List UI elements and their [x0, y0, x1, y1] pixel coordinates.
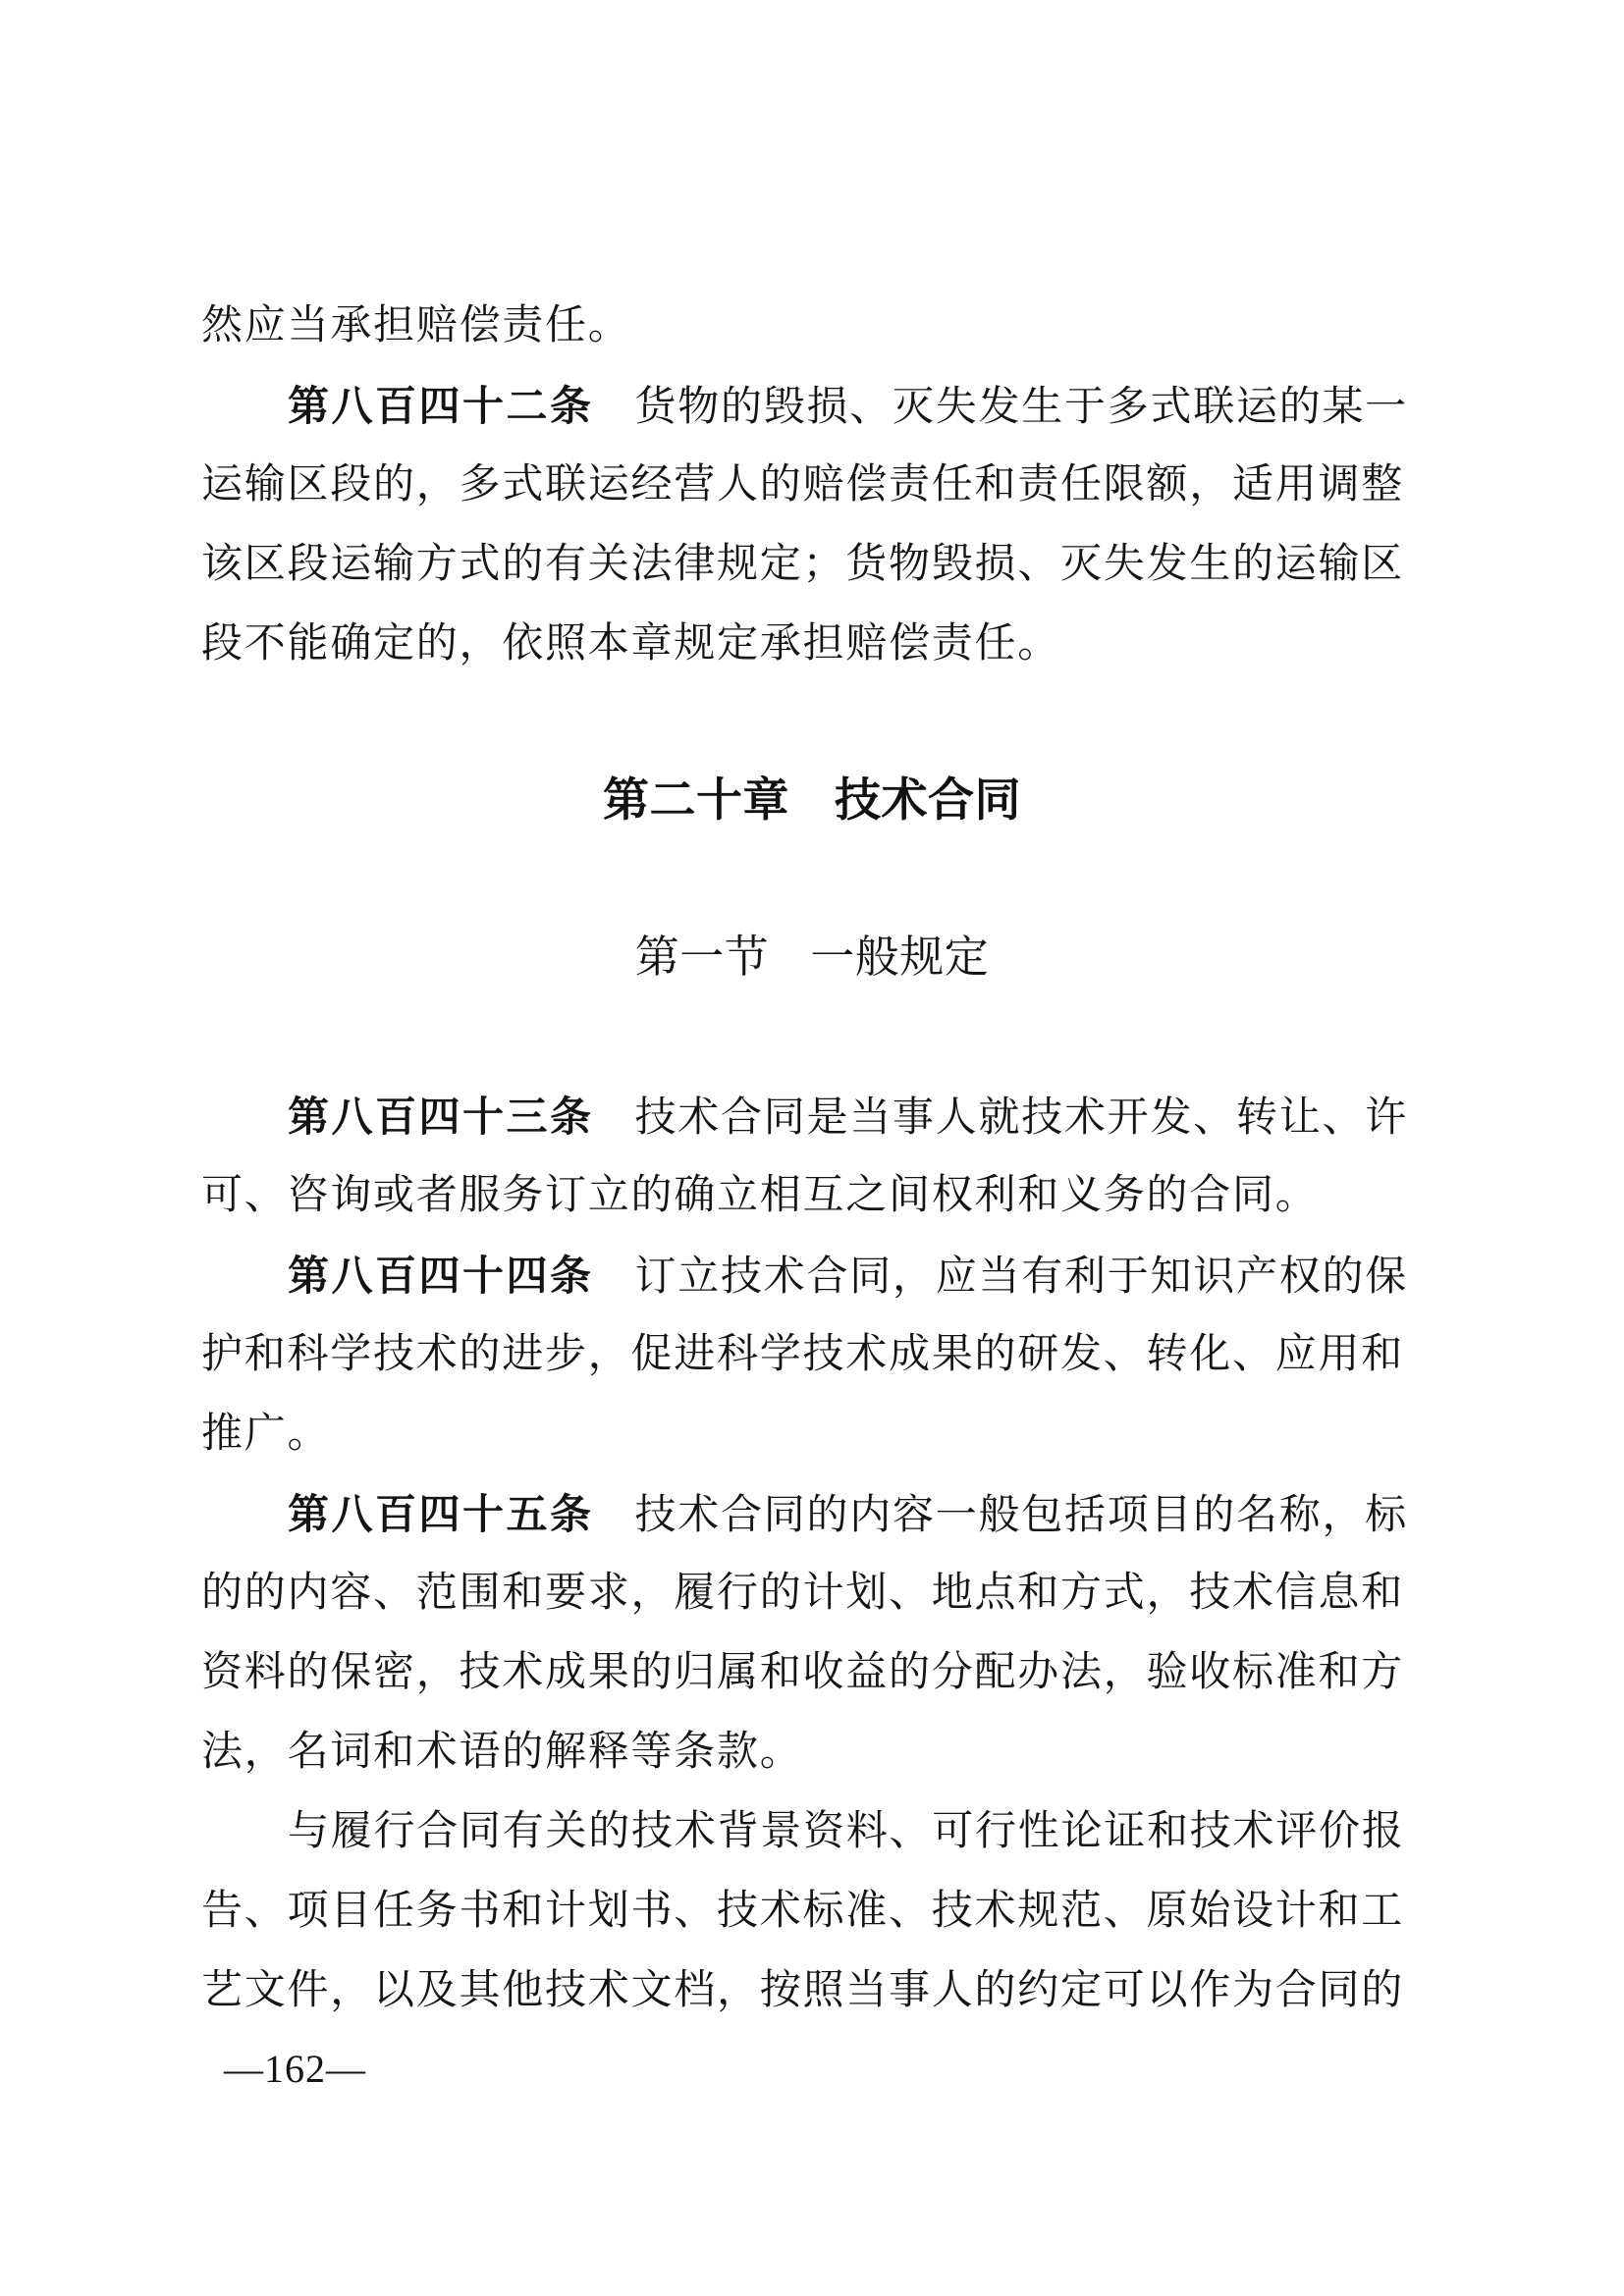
- article-842-text-start: 货物的毁损、灭失发生于多式联运的某一: [635, 385, 1409, 430]
- article-843-text-start: 技术合同是当事人就技术开发、转让、许: [635, 1095, 1409, 1141]
- law-document-page: 然应当承担赔偿责任。 第八百四十二条货物的毁损、灭失发生于多式联运的某一 运输区…: [0, 0, 1624, 2296]
- article-844-line-2: 护和科学技术的进步，促进科学技术成果的研发、转化、应用和: [201, 1315, 1424, 1395]
- article-845-line-3: 资料的保密，技术成果的归属和收益的分配办法，验收标准和方: [201, 1633, 1424, 1713]
- article-842-block: 然应当承担赔偿责任。 第八百四十二条货物的毁损、灭失发生于多式联运的某一 运输区…: [201, 287, 1424, 684]
- section-1-heading: 第一节一般规定: [0, 935, 1624, 980]
- article-845-para-2-line-2: 告、项目任务书和计划书、技术标准、技术规范、原始设计和工: [201, 1872, 1424, 1951]
- article-842-number: 第八百四十二条: [288, 383, 594, 429]
- article-841-continuation-line: 然应当承担赔偿责任。: [201, 287, 1424, 366]
- article-843-line-2: 可、咨询或者服务订立的确立相互之间权利和义务的合同。: [201, 1156, 1424, 1236]
- article-845-line-2: 的的内容、范围和要求，履行的计划、地点和方式，技术信息和: [201, 1554, 1424, 1633]
- chapter-20-heading: 第二十章技术合同: [0, 776, 1624, 823]
- article-844-line-3: 推广。: [201, 1395, 1424, 1474]
- article-842-line-4: 段不能确定的，依照本章规定承担赔偿责任。: [201, 605, 1424, 684]
- chapter-20-title: 技术合同: [835, 774, 1021, 826]
- article-845-para-2-line-3: 艺文件，以及其他技术文档，按照当事人的约定可以作为合同的: [201, 1951, 1424, 2031]
- article-845-line-4: 法，名词和术语的解释等条款。: [201, 1713, 1424, 1792]
- chapter-20-number: 第二十章: [603, 774, 789, 826]
- section-1-number: 第一节: [635, 933, 770, 982]
- article-843-number: 第八百四十三条: [288, 1094, 594, 1140]
- article-844-first-line: 第八百四十四条订立技术合同，应当有利于知识产权的保: [201, 1236, 1424, 1315]
- article-844-number: 第八百四十四条: [288, 1253, 594, 1299]
- article-845-first-line: 第八百四十五条技术合同的内容一般包括项目的名称，标: [201, 1474, 1424, 1554]
- article-842-first-line: 第八百四十二条货物的毁损、灭失发生于多式联运的某一: [201, 366, 1424, 446]
- page-number: —162—: [224, 2050, 366, 2089]
- article-845-number: 第八百四十五条: [288, 1491, 594, 1537]
- article-843-first-line: 第八百四十三条技术合同是当事人就技术开发、转让、许: [201, 1077, 1424, 1156]
- article-842-line-3: 该区段运输方式的有关法律规定；货物毁损、灭失发生的运输区: [201, 525, 1424, 605]
- article-845-para-2-line-1: 与履行合同有关的技术背景资料、可行性论证和技术评价报: [201, 1792, 1424, 1872]
- section-1-title: 一般规定: [810, 933, 989, 982]
- article-845-text-start: 技术合同的内容一般包括项目的名称，标: [635, 1493, 1409, 1538]
- article-842-line-2: 运输区段的，多式联运经营人的赔偿责任和责任限额，适用调整: [201, 446, 1424, 525]
- article-844-text-start: 订立技术合同，应当有利于知识产权的保: [635, 1255, 1409, 1300]
- articles-843-845-block: 第八百四十三条技术合同是当事人就技术开发、转让、许 可、咨询或者服务订立的确立相…: [201, 1077, 1424, 2031]
